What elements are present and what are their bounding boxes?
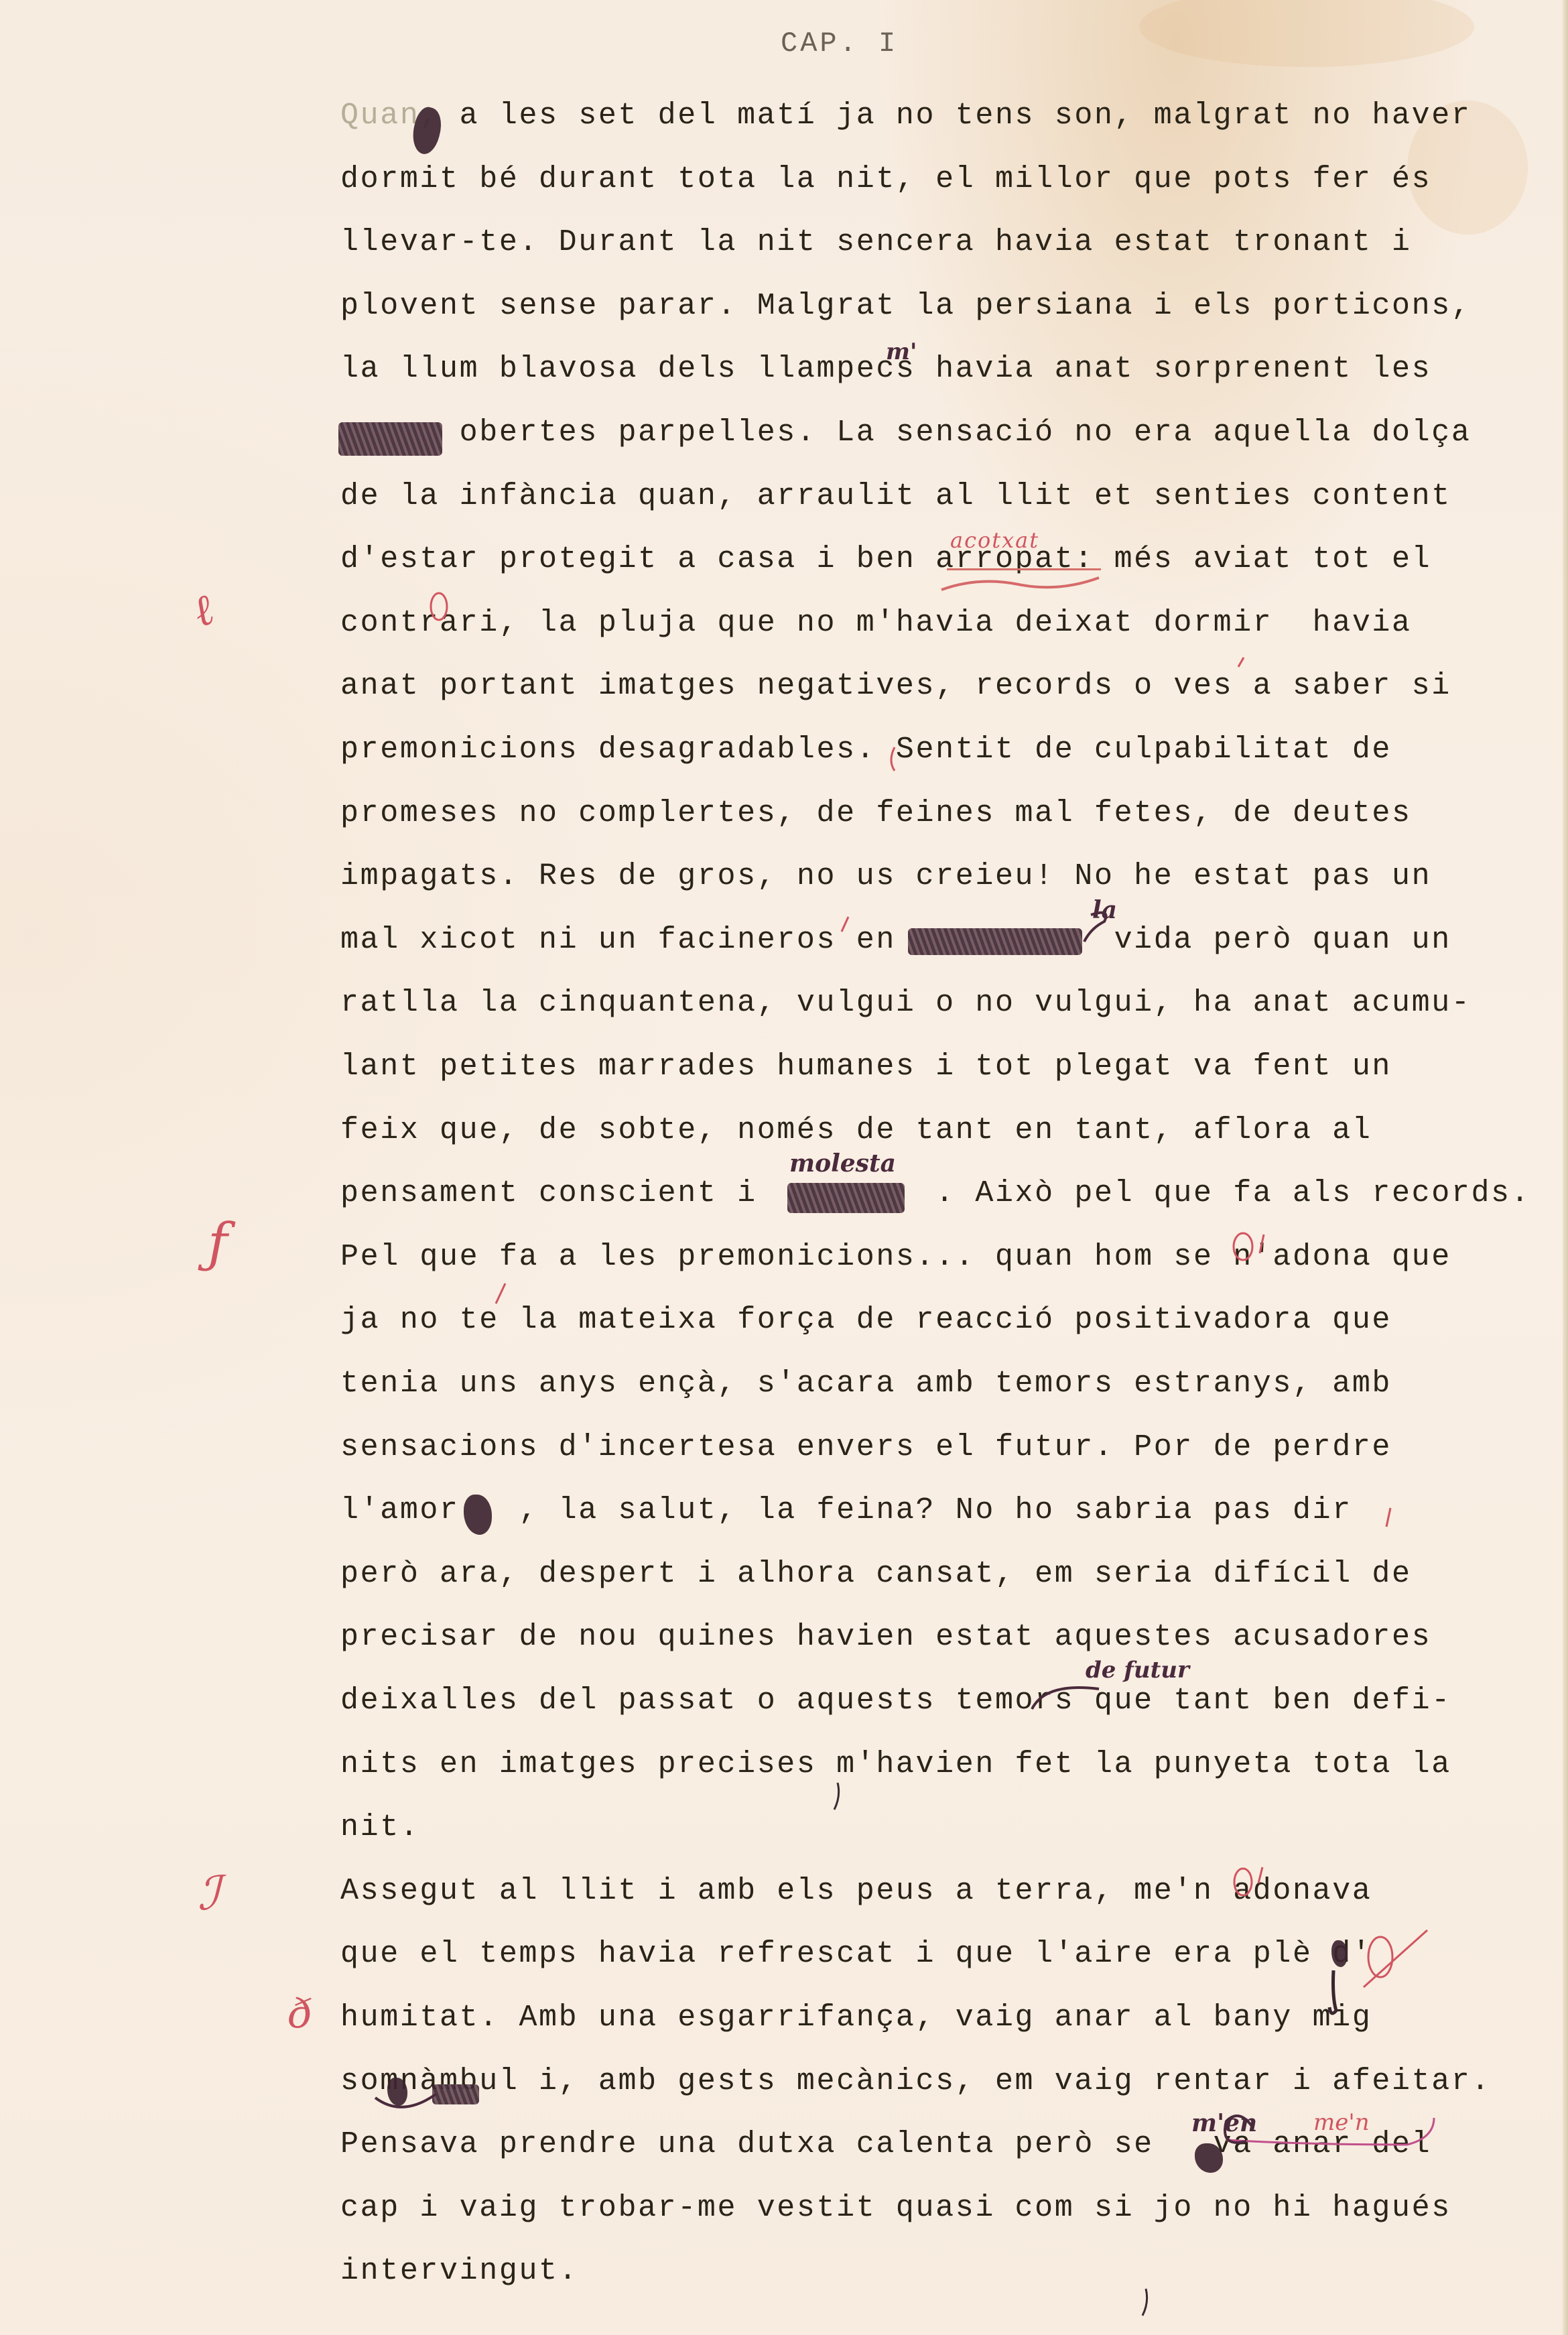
typed-line: mal xicot ni un facineros en vida però q…: [340, 925, 1451, 955]
ink-blot: [464, 1495, 492, 1535]
typed-line: intervingut.: [340, 2256, 578, 2286]
pen-insertion-men: m'en: [1191, 2111, 1257, 2135]
margin-mark: ƒ: [208, 1216, 228, 1270]
annotation-strokes: [0, 0, 1568, 2335]
typed-line: d'estar protegit a casa i ben arropat: m…: [340, 544, 1431, 574]
typed-line: lant petites marrades humanes i tot pleg…: [340, 1052, 1392, 1082]
typed-line: Pensava prendre una dutxa calenta però s…: [340, 2129, 1431, 2159]
typed-line: Pel que fa a les premonicions... quan ho…: [340, 1242, 1451, 1272]
ink-blot: [387, 2078, 407, 2106]
red-insertion-men: me'n: [1313, 2111, 1370, 2134]
typed-line: Quan, a les set del matí ja no tens son,…: [340, 101, 1471, 131]
typed-line: ja no te la mateixa força de reacció pos…: [340, 1305, 1392, 1335]
typed-line: llevar-te. Durant la nit sencera havia e…: [340, 227, 1412, 257]
typed-line: que el temps havia refrescat i que l'air…: [340, 1939, 1372, 1969]
chapter-heading: CAP. I: [781, 29, 898, 58]
typed-line: dormit bé durant tota la nit, el millor …: [340, 164, 1431, 194]
pen-insertion-m: m': [886, 340, 917, 363]
manuscript-page: CAP. I Quan, a les set del matí ja no te…: [0, 0, 1568, 2335]
pen-insertion-de-futur: de futur: [1086, 1659, 1189, 1682]
margin-mark: ℐ: [198, 1870, 220, 1917]
typed-line: Assegut al llit i amb els peus a terra, …: [340, 1876, 1372, 1906]
typed-line: obertes parpelles. La sensació no era aq…: [340, 418, 1471, 448]
typed-line: precisar de nou quines havien estat aque…: [340, 1622, 1431, 1652]
margin-mark: ℓ: [188, 588, 219, 634]
crossed-out-word: [338, 422, 442, 456]
typed-line: impagats. Res de gros, no us creieu! No …: [340, 861, 1431, 891]
red-strikethrough: [947, 568, 1101, 570]
ink-blot: [1331, 1940, 1348, 1967]
typed-line: premonicions desagradables. Sentit de cu…: [340, 735, 1392, 765]
margin-mark: ð: [288, 1994, 312, 2034]
ink-blot: [1195, 2143, 1223, 2173]
typed-line: humitat. Amb una esgarrifança, vaig anar…: [340, 2003, 1372, 2033]
typed-line: pensament conscient i . Això pel que fa …: [340, 1178, 1530, 1208]
typed-line: nits en imatges precises m'havien fet la…: [340, 1749, 1451, 1779]
typed-line: cap i vaig trobar-me vestit quasi com si…: [340, 2193, 1451, 2223]
red-insertion-acotxat: acotxat: [950, 529, 1039, 551]
typed-line: contrari, la pluja que no m'havia deixat…: [340, 608, 1412, 638]
pen-insertion-molesta: molesta: [789, 1151, 896, 1176]
typed-line: deixalles del passat o aquests temors qu…: [340, 1686, 1451, 1716]
typed-line: feix que, de sobte, només de tant en tan…: [340, 1115, 1372, 1145]
pen-insertion-la: la: [1092, 898, 1117, 922]
typed-line: plovent sense parar. Malgrat la persiana…: [340, 291, 1471, 321]
typed-line: ratlla la cinquantena, vulgui o no vulgu…: [340, 988, 1471, 1018]
typed-line: però ara, despert i alhora cansat, em se…: [340, 1559, 1412, 1589]
paper-edge: [1563, 0, 1568, 2335]
typed-line: tenia uns anys ençà, s'acara amb temors …: [340, 1369, 1392, 1399]
crossed-out-word: [908, 928, 1082, 955]
typed-line: de la infància quan, arraulit al llit et…: [340, 481, 1451, 511]
typed-line: anat portant imatges negatives, records …: [340, 671, 1451, 701]
typed-line: sensacions d'incertesa envers el futur. …: [340, 1432, 1392, 1462]
crossed-out-word: [787, 1183, 905, 1213]
typed-line: promeses no complertes, de feines mal fe…: [340, 798, 1412, 828]
typed-line: somnàmbul i, amb gests mecànics, em vaig…: [340, 2066, 1491, 2096]
typed-line: l'amor , la salut, la feina? No ho sabri…: [340, 1495, 1352, 1525]
typed-line: nit.: [340, 1812, 419, 1842]
crossed-out-word: [432, 2084, 479, 2104]
paper-stain: [1139, 0, 1474, 67]
